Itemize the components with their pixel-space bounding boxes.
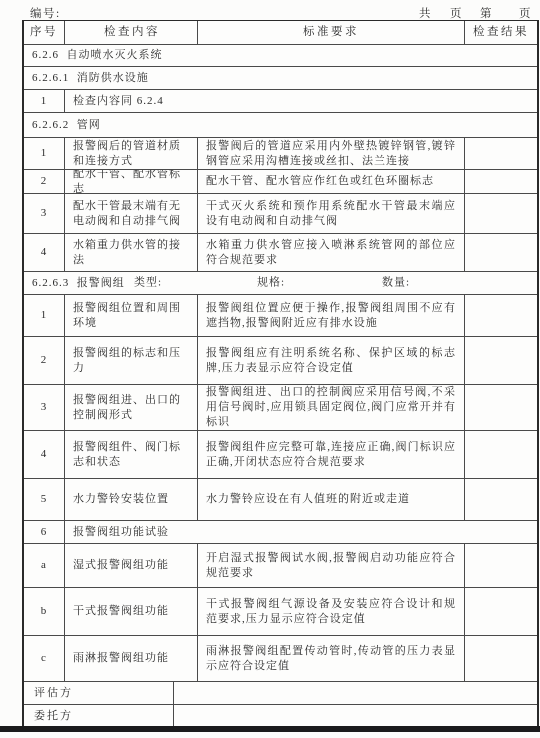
item-result-cell (465, 138, 537, 169)
page-mark-total: 共 (419, 5, 432, 21)
item-standard-cell: 报警阀组进、出口的控制阀应采用信号阀,不采用信号阀时,应用锁具固定阀位,阀门应常… (198, 385, 465, 430)
doc-number-label: 编号: (30, 5, 61, 21)
item-standard-cell: 水箱重力供水管应接入喷淋系统管网的部位应符合规范要求 (198, 234, 465, 271)
section-title-cell: 6.2.6.2 管网 (24, 113, 537, 137)
item-no-cell: c (24, 636, 65, 681)
item-content-cell: 配水干管最末端有无电动阀和自动排气阀 (65, 194, 198, 233)
item-content-cell: 配水干管、配水管标志 (65, 170, 198, 193)
page-mark-unit-1: 页 (450, 5, 463, 21)
table-row: 6报警阀组功能试验 (24, 521, 537, 544)
table-row: 委托方 (24, 705, 537, 727)
item-content-cell: 报警阀后的管道材质和连接方式 (65, 138, 198, 169)
item-no-cell: 6 (24, 521, 65, 543)
item-result-cell (465, 337, 537, 384)
inspection-table: 序号检查内容标准要求检查结果6.2.6 自动喷水灭火系统6.2.6.1 消防供水… (22, 20, 539, 728)
header-cell-result: 检查结果 (465, 21, 537, 44)
item-content-span-cell: 报警阀组功能试验 (65, 521, 537, 543)
table-row: 1报警阀后的管道材质和连接方式报警阀后的管道应采用内外壁热镀锌钢管,镀锌钢管应采… (24, 138, 537, 170)
item-result-cell (465, 544, 537, 587)
item-content-cell: 报警阀组件、阀门标志和状态 (65, 431, 198, 478)
item-standard-cell: 报警阀组件应完整可靠,连接应正确,阀门标识应正确,开闭状态应符合规范要求 (198, 431, 465, 478)
item-result-cell (465, 295, 537, 336)
field-label-0: 类型: (134, 276, 162, 291)
item-standard-cell: 干式灭火系统和预作用系统配水干管最末端应设有电动阀和自动排气阀 (198, 194, 465, 233)
section-title: 6.2.6.3 报警阀组 (32, 276, 125, 291)
item-no-cell: 4 (24, 234, 65, 271)
header-cell-content: 检查内容 (65, 21, 198, 44)
footer-label-cell: 委托方 (24, 705, 174, 727)
item-standard-cell: 报警阀组应有注明系统名称、保护区域的标志牌,压力表显示应符合设定值 (198, 337, 465, 384)
item-no-cell: 1 (24, 138, 65, 169)
item-standard-cell: 配水干管、配水管应作红色或红色环圈标志 (198, 170, 465, 193)
table-row: a湿式报警阀组功能开启湿式报警阀试水阀,报警阀启动功能应符合规范要求 (24, 544, 537, 588)
table-row: 6.2.6.2 管网 (24, 113, 537, 138)
item-no-cell: b (24, 588, 65, 635)
header-cell-standard: 标准要求 (198, 21, 465, 44)
item-no-cell: 5 (24, 479, 65, 520)
item-result-cell (465, 194, 537, 233)
item-standard-cell: 雨淋报警阀组配置传动管时,传动管的压力表显示应符合设定值 (198, 636, 465, 681)
page-bottom-edge (0, 726, 540, 732)
item-result-cell (465, 234, 537, 271)
footer-value-cell (174, 682, 537, 704)
header-cell-no: 序号 (24, 21, 65, 44)
section-title-cell: 6.2.6.1 消防供水设施 (24, 67, 537, 89)
item-content-cell: 干式报警阀组功能 (65, 588, 198, 635)
item-content-span-cell: 检查内容同 6.2.4 (65, 90, 537, 112)
item-standard-cell: 报警阀后的管道应采用内外壁热镀锌钢管,镀锌钢管应采用沟槽连接或丝扣、法兰连接 (198, 138, 465, 169)
table-row: 1检查内容同 6.2.4 (24, 90, 537, 113)
item-standard-cell: 开启湿式报警阀试水阀,报警阀启动功能应符合规范要求 (198, 544, 465, 587)
table-row: 6.2.6 自动喷水灭火系统 (24, 45, 537, 67)
table-row: 6.2.6.1 消防供水设施 (24, 67, 537, 90)
item-result-cell (465, 636, 537, 681)
page-mark-ordinal: 第 (480, 5, 493, 21)
page-count-marks: 共 页 第 页 (419, 5, 532, 21)
table-row: 3报警阀组进、出口的控制阀形式报警阀组进、出口的控制阀应采用信号阀,不采用信号阀… (24, 385, 537, 431)
footer-value-cell (174, 705, 537, 727)
item-standard-cell: 水力警铃应设在有人值班的附近或走道 (198, 479, 465, 520)
table-row: 5水力警铃安装位置水力警铃应设在有人值班的附近或走道 (24, 479, 537, 521)
table-row: 2配水干管、配水管标志配水干管、配水管应作红色或红色环圈标志 (24, 170, 537, 194)
item-no-cell: 1 (24, 90, 65, 112)
item-standard-cell: 报警阀组位置应便于操作,报警阀组周围不应有遮挡物,报警阀附近应有排水设施 (198, 295, 465, 336)
item-result-cell (465, 170, 537, 193)
table-row: c雨淋报警阀组功能雨淋报警阀组配置传动管时,传动管的压力表显示应符合设定值 (24, 636, 537, 682)
item-no-cell: 3 (24, 194, 65, 233)
item-result-cell (465, 479, 537, 520)
section-title-cell: 6.2.6 自动喷水灭火系统 (24, 45, 537, 66)
item-content-cell: 雨淋报警阀组功能 (65, 636, 198, 681)
item-content-cell: 水箱重力供水管的接法 (65, 234, 198, 271)
table-row: 1报警阀组位置和周围环境报警阀组位置应便于操作,报警阀组周围不应有遮挡物,报警阀… (24, 295, 537, 337)
item-no-cell: 3 (24, 385, 65, 430)
item-content-cell: 报警阀组进、出口的控制阀形式 (65, 385, 198, 430)
table-row: b干式报警阀组功能干式报警阀组气源设备及安装应符合设计和规范要求,压力显示应符合… (24, 588, 537, 636)
page-mark-unit-2: 页 (519, 5, 532, 21)
page-top-bar: 编号: 共 页 第 页 (0, 5, 540, 21)
field-label-1: 规格: (257, 276, 285, 291)
item-no-cell: 1 (24, 295, 65, 336)
table-row: 评估方 (24, 682, 537, 705)
item-no-cell: 4 (24, 431, 65, 478)
footer-label-cell: 评估方 (24, 682, 174, 704)
item-no-cell: a (24, 544, 65, 587)
item-no-cell: 2 (24, 337, 65, 384)
table-row: 3配水干管最末端有无电动阀和自动排气阀干式灭火系统和预作用系统配水干管最末端应设… (24, 194, 537, 234)
item-content-cell: 报警阀组位置和周围环境 (65, 295, 198, 336)
table-row: 4水箱重力供水管的接法水箱重力供水管应接入喷淋系统管网的部位应符合规范要求 (24, 234, 537, 272)
item-result-cell (465, 385, 537, 430)
table-row: 4报警阀组件、阀门标志和状态报警阀组件应完整可靠,连接应正确,阀门标识应正确,开… (24, 431, 537, 479)
item-content-cell: 湿式报警阀组功能 (65, 544, 198, 587)
item-standard-cell: 干式报警阀组气源设备及安装应符合设计和规范要求,压力显示应符合设定值 (198, 588, 465, 635)
item-result-cell (465, 588, 537, 635)
field-label-2: 数量: (382, 276, 410, 291)
table-header-row: 序号检查内容标准要求检查结果 (24, 21, 537, 45)
item-content-cell: 报警阀组的标志和压力 (65, 337, 198, 384)
table-row: 6.2.6.3 报警阀组类型:规格:数量: (24, 272, 537, 295)
item-content-cell: 水力警铃安装位置 (65, 479, 198, 520)
section-title-cell: 6.2.6.3 报警阀组类型:规格:数量: (24, 272, 537, 294)
item-result-cell (465, 431, 537, 478)
table-row: 2报警阀组的标志和压力报警阀组应有注明系统名称、保护区域的标志牌,压力表显示应符… (24, 337, 537, 385)
item-no-cell: 2 (24, 170, 65, 193)
